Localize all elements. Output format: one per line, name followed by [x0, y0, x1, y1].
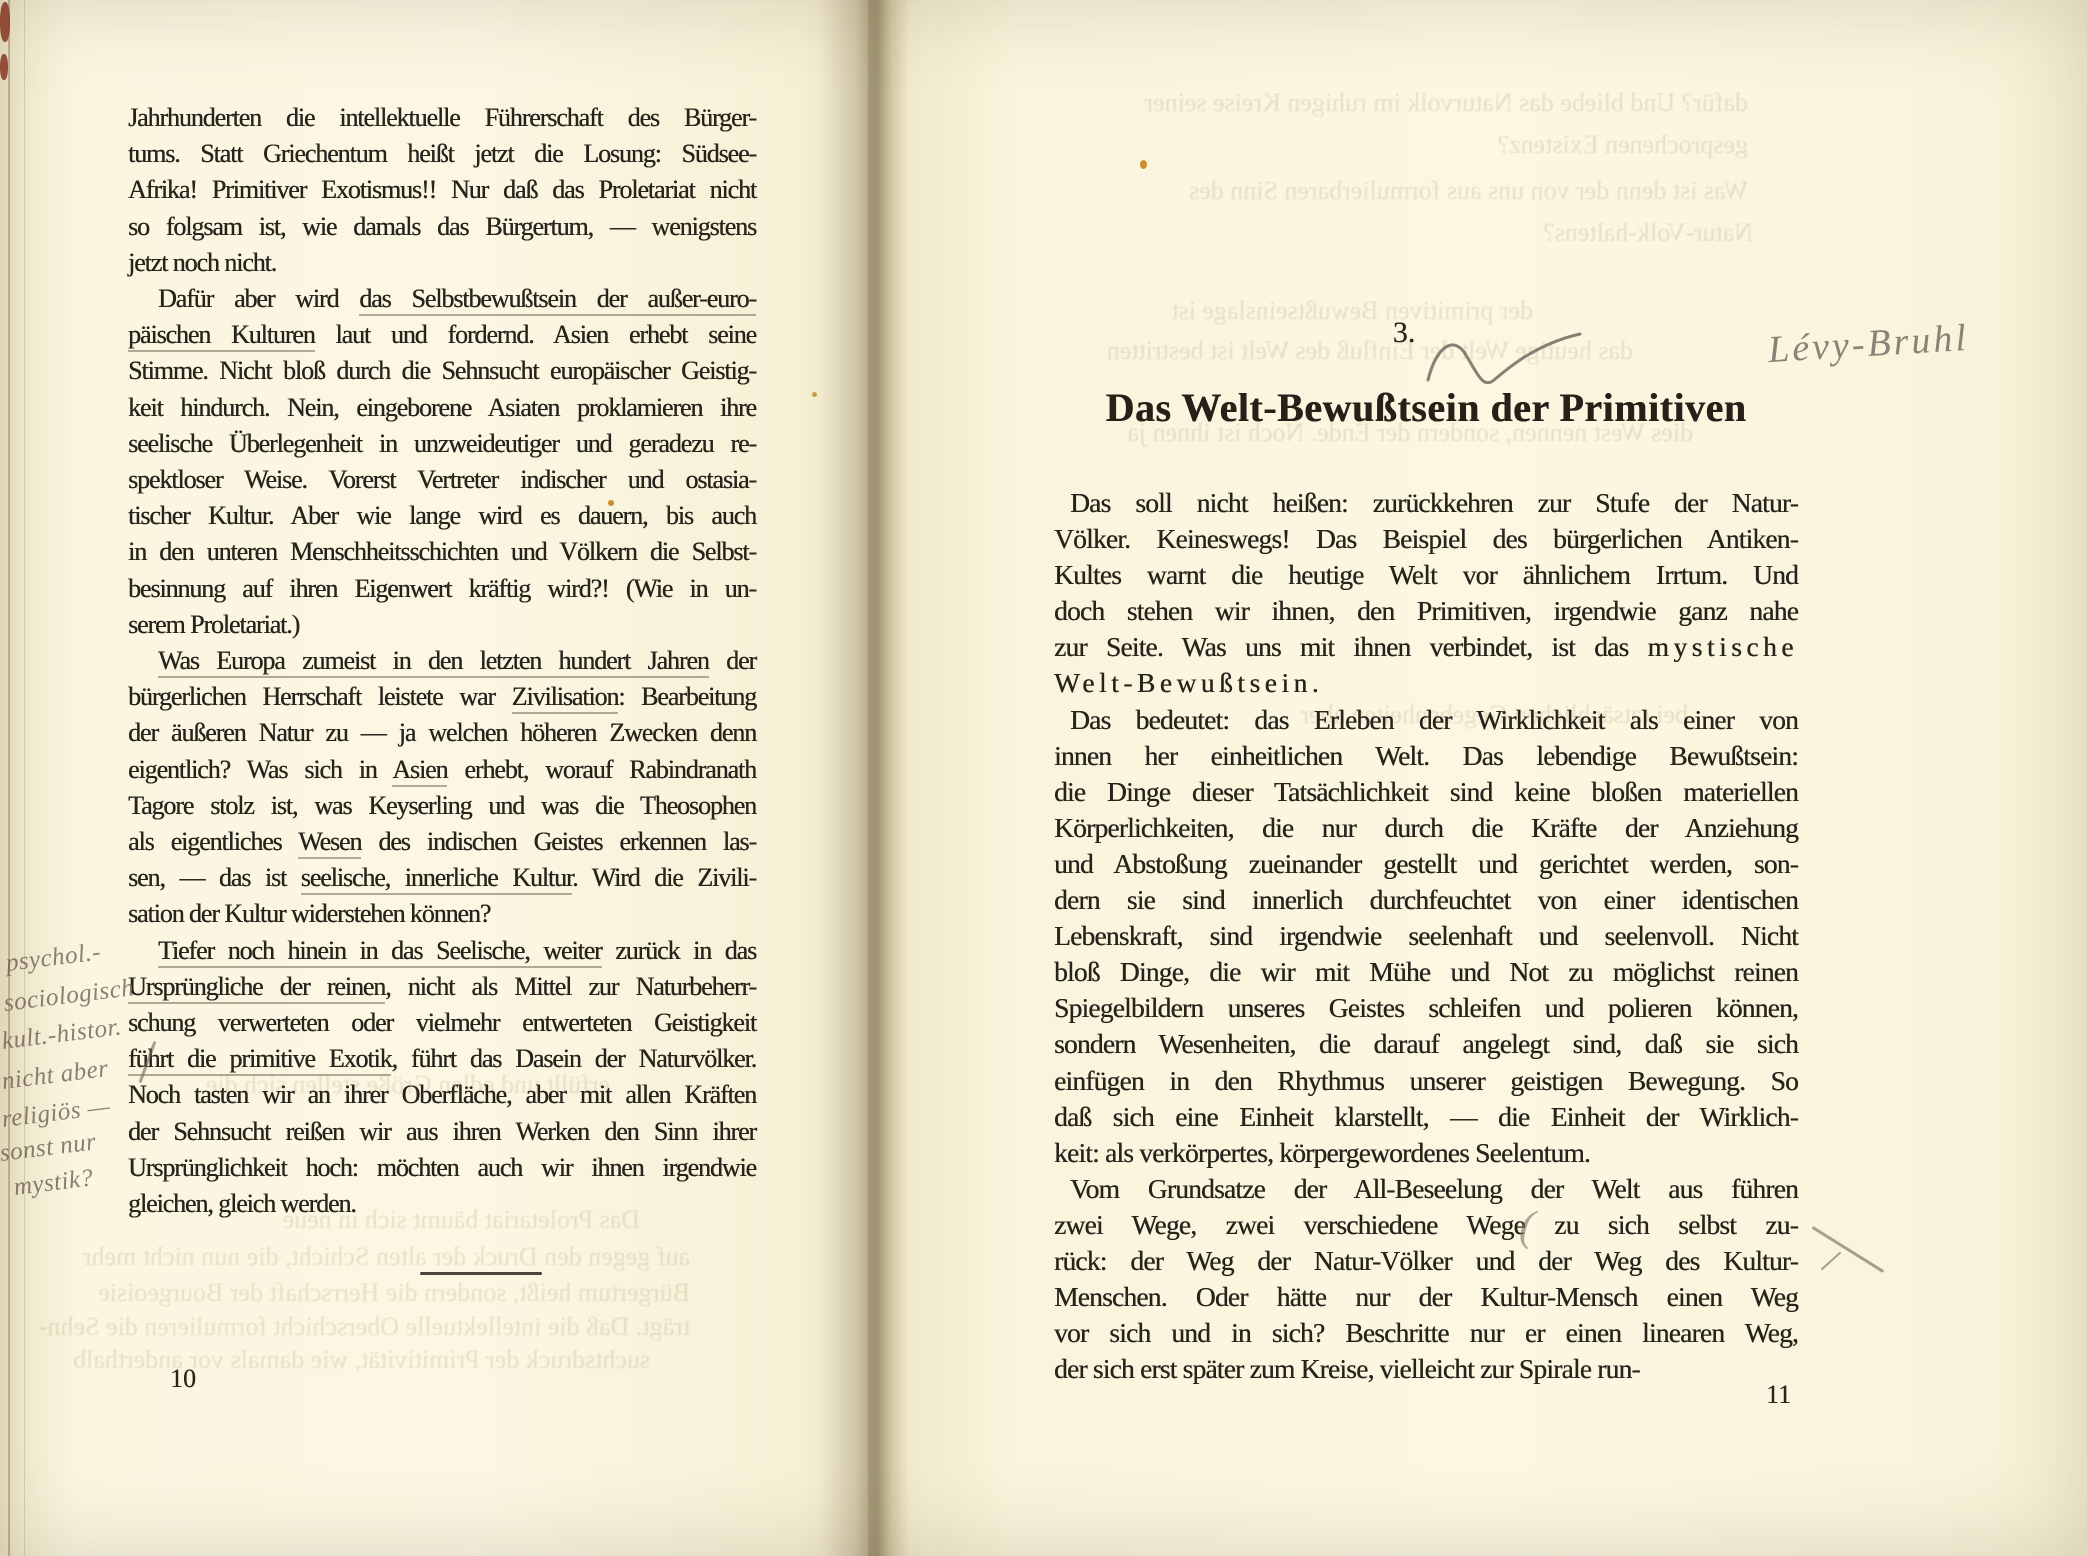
text-line: zwei Wege, zwei verschiedene Wege zu sic…: [1054, 1207, 1798, 1243]
text-line: jetzt noch nicht.: [128, 245, 756, 281]
text-line: führt die primitive Exotik, führt das Da…: [128, 1041, 756, 1077]
text-line: dern sie sind innerlich durchfeuchtet vo…: [1054, 882, 1798, 918]
page-number-left: 10: [170, 1364, 196, 1394]
text-line: Völker. Keineswegs! Das Beispiel des bür…: [1054, 521, 1798, 557]
text-line: sondern Wesenheiten, die darauf angelegt…: [1054, 1026, 1798, 1062]
text-line: zur Seite. Was uns mit ihnen verbindet, …: [1054, 629, 1798, 665]
text-line: daß sich eine Einheit klarstellt, — die …: [1054, 1099, 1798, 1135]
text-line: innen her einheitlichen Welt. Das lebend…: [1054, 738, 1798, 774]
handwritten-annotation: Lévy-Bruhl: [1767, 316, 1970, 372]
text-line: der Sehnsucht reißen wir aus ihren Werke…: [128, 1114, 756, 1150]
right-text-column: Das soll nicht heißen: zurückkehren zur …: [1054, 485, 1798, 1387]
text-line: bloß Dinge, die wir mit Mühe und Not zu …: [1054, 954, 1798, 990]
bleedthrough-text: trägt. Daß die intellektuelle Oberschich…: [130, 1312, 690, 1342]
text-line: gleichen, gleich werden.: [128, 1186, 756, 1222]
text-line: vor sich und in sich? Beschritte nur er …: [1054, 1315, 1798, 1351]
text-line: tischer Kultur. Aber wie lange wird es d…: [128, 498, 756, 534]
text-line: seelische Überlegenheit in unzweideutige…: [128, 426, 756, 462]
marginalia-line: kult.-histor.: [0, 1013, 123, 1055]
bleedthrough-text: Natur-Volk-haltens?: [1423, 218, 1753, 248]
text-line: Ursprünglichkeit hoch: möchten auch wir …: [128, 1150, 756, 1186]
bleedthrough-text: suchtsdruck der Primitivität, wie damals…: [130, 1345, 650, 1375]
text-line: der sich erst später zum Kreise, viellei…: [1054, 1351, 1798, 1387]
text-line: Körperlichkeiten, die nur durch die Kräf…: [1054, 810, 1798, 846]
paper-speck: [1140, 160, 1147, 169]
text-line: Kultes warnt die heutige Welt vor ähnlic…: [1054, 557, 1798, 593]
page-right: dafür? Und bliebe das Naturvolk im ruhig…: [868, 0, 2087, 1556]
text-line: als eigentliches Wesen des indischen Gei…: [128, 824, 756, 860]
text-line: sen, — das ist seelische, innerliche Kul…: [128, 860, 756, 896]
section-divider: [420, 1272, 542, 1275]
text-line: doch stehen wir ihnen, den Primitiven, i…: [1054, 593, 1798, 629]
text-line: besinnung auf ihren Eigenwert kräftig wi…: [128, 571, 756, 607]
text-line: keit: als verkörpertes, körpergewordenes…: [1054, 1135, 1798, 1171]
text-line: sation der Kultur widerstehen können?: [128, 896, 756, 932]
text-line: Das bedeutet: das Erleben der Wirklichke…: [1054, 702, 1798, 738]
section-number: 3.: [1054, 316, 1754, 350]
text-line: Was Europa zumeist in den letzten hunder…: [128, 643, 756, 679]
text-line: Tagore stolz ist, was Keyserling und was…: [128, 788, 756, 824]
text-line: Dafür aber wird das Selbstbewußtsein der…: [128, 281, 756, 317]
paper-speck: [812, 392, 817, 397]
text-line: der äußeren Natur zu — ja welchen höhere…: [128, 715, 756, 751]
marginalia-line: psychol.-: [4, 938, 102, 977]
text-line: in den unteren Menschheitsschichten und …: [128, 534, 756, 570]
page-left: erfüllt und edlen Größe stellen sich die…: [0, 0, 868, 1556]
text-line: Vom Grundsatze der All-Beseelung der Wel…: [1054, 1171, 1798, 1207]
bleedthrough-text: auf gegen den Druck der alten Schicht, d…: [130, 1242, 690, 1272]
text-line: Afrika! Primitiver Exotismus!! Nur daß d…: [128, 172, 756, 208]
marginalia-line: religiös —: [0, 1093, 112, 1134]
binding-red-mark: [0, 2, 10, 42]
text-line: Das soll nicht heißen: zurückkehren zur …: [1054, 485, 1798, 521]
page-edge-line-2: [24, 0, 25, 1556]
text-line: schung verwerteten oder vielmehr entwert…: [128, 1005, 756, 1041]
text-line: bürgerlichen Herrschaft leistete war Ziv…: [128, 679, 756, 715]
text-line: Spiegelbildern unseres Geistes schleifen…: [1054, 990, 1798, 1026]
text-line: Welt-Bewußtsein.: [1054, 665, 1798, 701]
text-line: päischen Kulturen laut und fordernd. Asi…: [128, 317, 756, 353]
text-line: spektloser Weise. Vorerst Vertreter indi…: [128, 462, 756, 498]
book-spread-scan: erfüllt und edlen Größe stellen sich die…: [0, 0, 2087, 1556]
left-text-column: Jahrhunderten die intellektuelle Führers…: [128, 100, 756, 1222]
text-line: Ursprüngliche der reinen, nicht als Mitt…: [128, 969, 756, 1005]
binding-red-mark: [0, 54, 8, 80]
text-line: Tiefer noch hinein in das Seelische, wei…: [128, 933, 756, 969]
bleedthrough-text: Was ist denn der von uns aus formulierba…: [1073, 176, 1748, 206]
pencil-squiggle-mark: [1424, 328, 1584, 400]
bleedthrough-text: gesprochenen Existenz?: [1428, 130, 1748, 160]
marginalia-line: nicht aber: [0, 1055, 110, 1096]
marginalia-line: sociologisch: [2, 974, 135, 1018]
text-line: einfügen in den Rhythmus unserer geistig…: [1054, 1063, 1798, 1099]
text-line: eigentlich? Was sich in Asien erhebt, wo…: [128, 752, 756, 788]
text-line: serem Proletariat.): [128, 607, 756, 643]
text-line: keit hindurch. Nein, eingeborene Asiaten…: [128, 390, 756, 426]
text-line: und Abstoßung zueinander gestellt und ge…: [1054, 846, 1798, 882]
text-line: Jahrhunderten die intellektuelle Führers…: [128, 100, 756, 136]
text-line: so folgsam ist, wie damals das Bürgertum…: [128, 209, 756, 245]
pencil-tick-mark: [1821, 1252, 1842, 1271]
text-line: Menschen. Oder hätte nur der Kultur-Mens…: [1054, 1279, 1798, 1315]
bleedthrough-text: Bürgertum heißt, sondern die Herrschaft …: [130, 1278, 690, 1308]
text-line: Stimme. Nicht bloß durch die Sehnsucht e…: [128, 353, 756, 389]
text-line: Noch tasten wir an ihrer Oberfläche, abe…: [128, 1077, 756, 1113]
bleedthrough-text: dafür? Und bliebe das Naturvolk im ruhig…: [1098, 88, 1748, 118]
text-line: tums. Statt Griechentum heißt jetzt die …: [128, 136, 756, 172]
text-line: rück: der Weg der Natur-Völker und der W…: [1054, 1243, 1798, 1279]
page-number-right: 11: [1766, 1380, 1791, 1410]
text-line: Lebenskraft, sind irgendwie seelenhaft u…: [1054, 918, 1798, 954]
marginalia-line: sonst nur: [0, 1128, 98, 1168]
page-edge-line: [8, 0, 10, 1556]
text-line: die Dinge dieser Tatsächlichkeit sind ke…: [1054, 774, 1798, 810]
